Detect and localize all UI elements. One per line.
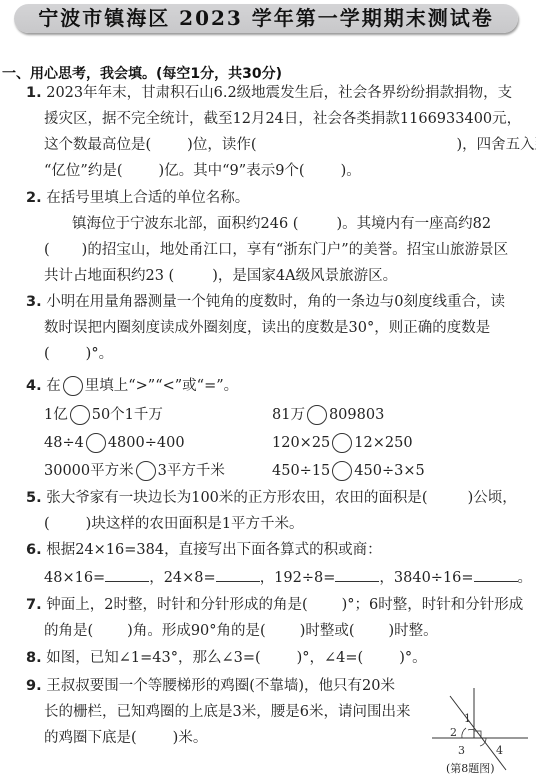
q6-number: 6. (26, 542, 42, 558)
q4-row-3-right: 450÷15450÷3×5 (272, 461, 425, 481)
angle-label-2: 2 (450, 726, 457, 739)
q4-r1-right-a: 81万 (272, 407, 305, 423)
q4-row-1-left: 1亿50个1千万 (44, 405, 163, 425)
q8-line-1: 8. 如图，已知∠1=43°，那么∠3=()°，∠4=()°。 (26, 648, 427, 668)
section-heading: 一、用心思考，我会填。(每空1分，共30分) (2, 64, 282, 84)
q1-text-3b: )位，读作( (187, 137, 256, 153)
circle-icon (63, 376, 83, 396)
q4-r2-right-a: 120×25 (272, 435, 330, 451)
q9-number: 9. (26, 678, 42, 694)
q6-answer-3[interactable] (335, 567, 379, 582)
q6-end: 。 (518, 570, 533, 586)
q6-expr-1: 48×16= (44, 570, 105, 586)
q4-r3-left-b: 3平方千米 (158, 463, 225, 479)
q6-answer-1[interactable] (105, 567, 149, 582)
q6-expr-3: ，192÷8= (260, 570, 336, 586)
q6-line-1: 6. 根据24×16=384，直接写出下面各算式的积或商： (26, 540, 382, 560)
q1-text-4a: “亿位”约是( (44, 163, 122, 179)
q4-r2-right-compare-circle[interactable] (332, 433, 352, 453)
q2-line-2: 镇海位于宁波东北部，面积约246 ()。其境内有一座高约82 (72, 214, 491, 234)
q3-text-1: 小明在用量角器测量一个钝角的度数时，角的一条边与0刻度线重合，读 (46, 294, 505, 310)
q4-r1-left-a: 1亿 (44, 407, 68, 423)
q4-row-2-left: 48÷44800÷400 (44, 433, 185, 453)
q8-text-1b: )°，∠4=( (297, 650, 364, 666)
q4-text-1a: 在 (46, 378, 61, 394)
q4-number: 4. (26, 378, 42, 394)
q9-line-2: 长的栅栏，已知鸡圈的上底是3米，腰是6米，请问围出来 (44, 702, 410, 722)
q4-r3-left-compare-circle[interactable] (136, 461, 156, 481)
q9-text-3b: )米。 (173, 730, 208, 746)
q4-row-2-right: 120×2512×250 (272, 433, 413, 453)
q6-text-1: 根据24×16=384，直接写出下面各算式的积或商： (46, 542, 381, 558)
q5-line-1: 5. 张大爷家有一块边长为100米的正方形农田，农田的面积是()公顷， (26, 488, 517, 508)
q7-text-1b: )°；6时整，时针和分针形成 (342, 597, 524, 613)
q7-text-1a: 钟面上，2时整，时针和分针形成的角是( (46, 597, 307, 613)
angle-label-1: 1 (464, 712, 471, 725)
q2-text-3a: ( (44, 242, 50, 258)
q2-text-4b: )，是国家4A级风景旅游区。 (212, 268, 397, 284)
q6-expr-2: ，24×8= (149, 570, 215, 586)
q2-line-3: ()的招宝山，地处甬江口，享有“浙东门户”的美誉。招宝山旅游景区 (44, 240, 508, 260)
q9-text-1: 王叔叔要围一个等腰梯形的鸡圈(不靠墙)，他只有20米 (46, 678, 395, 694)
q2-text-2b: )。其境内有一座高约82 (336, 216, 491, 232)
q1-text-3c: )，四舍五入到 (457, 137, 536, 153)
q3-text-3b: )°。 (86, 346, 113, 362)
q2-line-1: 2. 在括号里填上合适的单位名称。 (26, 188, 249, 208)
q4-r3-left-a: 30000平方米 (44, 463, 134, 479)
q8-number: 8. (26, 650, 42, 666)
q4-r2-left-b: 4800÷400 (108, 435, 185, 451)
q4-row-1-right: 81万809803 (272, 405, 384, 425)
exam-title-banner: 宁波市镇海区 2023 学年第一学期期末测试卷 (14, 4, 518, 33)
q4-r2-right-b: 12×250 (354, 435, 412, 451)
q2-text-3b: )的招宝山，地处甬江口，享有“浙东门户”的美誉。招宝山旅游景区 (82, 242, 508, 258)
q1-text-4b: )亿。其中“9”表示9个( (158, 163, 304, 179)
q5-text-1a: 张大爷家有一块边长为100米的正方形农田，农田的面积是( (46, 490, 427, 506)
angle-label-3: 3 (458, 744, 465, 757)
q4-r2-left-a: 48÷4 (44, 435, 84, 451)
q4-r1-right-b: 809803 (329, 407, 384, 423)
figure-caption: (第8题图) (446, 760, 495, 776)
q2-text-4a: 共计占地面积约23 ( (44, 268, 174, 284)
q1-number: 1. (26, 85, 42, 101)
q2-line-4: 共计占地面积约23 ()，是国家4A级风景旅游区。 (44, 266, 397, 286)
q6-answer-2[interactable] (216, 567, 260, 582)
q9-line-3: 的鸡圈下底是()米。 (44, 728, 207, 748)
q7-text-2d: )时整。 (389, 623, 438, 639)
q4-r3-right-b: 450÷3×5 (354, 463, 424, 479)
q3-number: 3. (26, 294, 42, 310)
angle-label-4: 4 (496, 744, 503, 757)
q7-text-2c: )时整或( (300, 623, 355, 639)
q7-line-2: 的角是()角。形成90°角的是()时整或()时整。 (44, 621, 438, 641)
q2-number: 2. (26, 190, 42, 206)
q3-text-3a: ( (44, 346, 50, 362)
diagonal-line (450, 696, 506, 770)
q3-line-3: ()°。 (44, 344, 113, 364)
q4-r1-right-compare-circle[interactable] (307, 405, 327, 425)
q2-text-2a: 镇海位于宁波东北部，面积约246 ( (72, 216, 298, 232)
q2-text-1: 在括号里填上合适的单位名称。 (46, 190, 249, 206)
q4-line-1: 4. 在里填上“>”“<”或“=”。 (26, 376, 238, 396)
q1-line-1: 1. 2023年年末，甘肃积石山6.2级地震发生后，社会各界纷纷捐款捐物，支 (26, 83, 512, 103)
q5-number: 5. (26, 490, 42, 506)
q7-line-1: 7. 钟面上，2时整，时针和分针形成的角是()°；6时整，时针和分针形成 (26, 595, 523, 615)
exam-title: 宁波市镇海区 2023 学年第一学期期末测试卷 (38, 6, 494, 30)
q3-line-2: 数时误把内圈刻度读成外圈刻度，读出的度数是30°，则正确的度数是 (44, 318, 490, 338)
q4-r1-left-b: 50个1千万 (92, 407, 163, 423)
q5-text-2b: )块这样的农田面积是1平方千米。 (86, 516, 304, 532)
q1-line-4: “亿位”约是()亿。其中“9”表示9个()。 (44, 161, 361, 181)
q1-line-3: 这个数最高位是()位，读作()，四舍五入到 (44, 135, 536, 155)
q7-number: 7. (26, 597, 42, 613)
q7-text-2b: )角。形成90°角的是( (127, 623, 266, 639)
q4-text-1b: 里填上“>”“<”或“=”。 (85, 378, 238, 394)
q4-r3-right-compare-circle[interactable] (332, 461, 352, 481)
q8-text-1a: 如图，已知∠1=43°，那么∠3=( (46, 650, 260, 666)
angle-2-arc (462, 728, 466, 738)
q5-line-2: ()块这样的农田面积是1平方千米。 (44, 514, 304, 534)
angle-1-arc (468, 729, 474, 730)
q1-text-1: 2023年年末，甘肃积石山6.2级地震发生后，社会各界纷纷捐款捐物，支 (46, 85, 512, 101)
q4-r2-left-compare-circle[interactable] (86, 433, 106, 453)
q1-text-3a: 这个数最高位是( (44, 137, 151, 153)
q1-line-2: 援灾区，据不完全统计，截至12月24日，社会各类捐款1166933400元， (44, 109, 521, 129)
q9-text-3a: 的鸡圈下底是( (44, 730, 137, 746)
q7-text-2a: 的角是( (44, 623, 93, 639)
q9-line-1: 9. 王叔叔要围一个等腰梯形的鸡圈(不靠墙)，他只有20米 (26, 676, 395, 696)
q8-text-1c: )°。 (399, 650, 426, 666)
q4-row-3-left: 30000平方米3平方千米 (44, 461, 225, 481)
q6-line-2: 48×16=，24×8=，192÷8=，3840÷16=。 (44, 567, 532, 588)
q4-r1-left-compare-circle[interactable] (70, 405, 90, 425)
q1-text-4c: )。 (341, 163, 361, 179)
q4-r3-right-a: 450÷15 (272, 463, 330, 479)
q5-text-1b: )公顷， (468, 490, 517, 506)
q3-line-1: 3. 小明在用量角器测量一个钝角的度数时，角的一条边与0刻度线重合，读 (26, 292, 505, 312)
q6-answer-4[interactable] (474, 567, 518, 582)
q6-expr-4: ，3840÷16= (379, 570, 473, 586)
q5-text-2a: ( (44, 516, 50, 532)
